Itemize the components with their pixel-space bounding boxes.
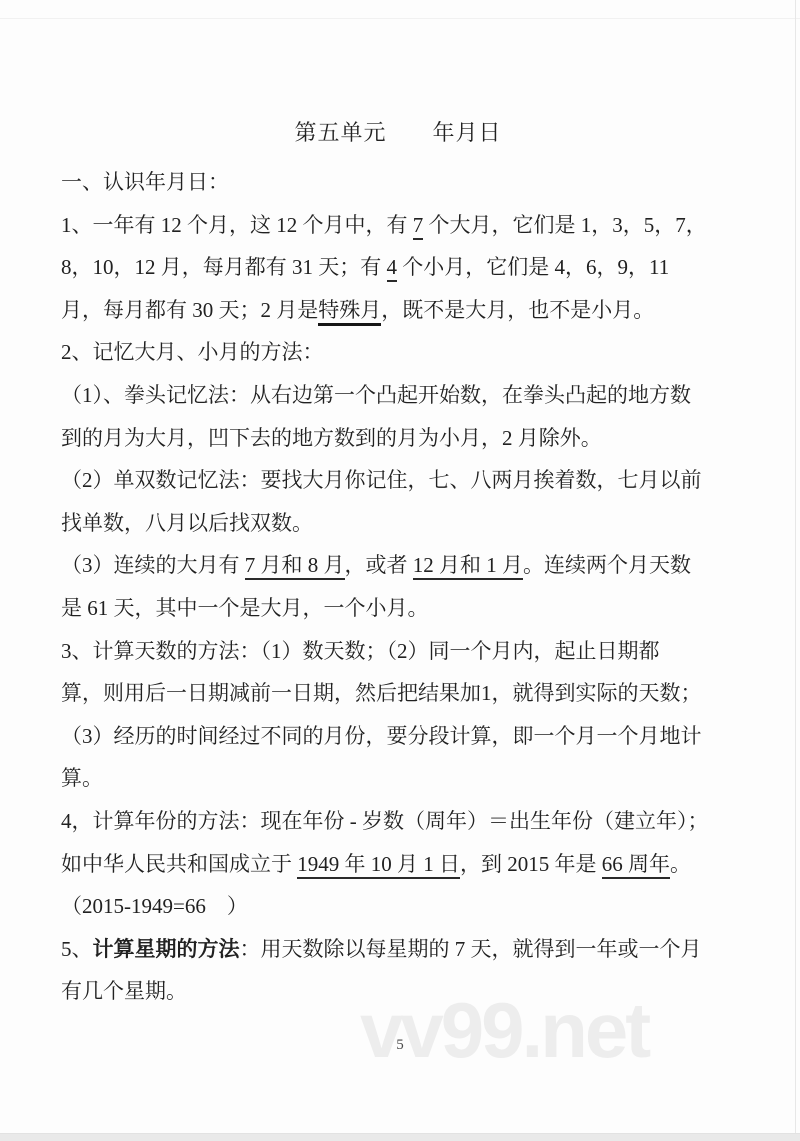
document-page: vv99.net 第五单元 年月日 一、认识年月日：1、一年有 12 个月，这 … <box>0 0 800 1141</box>
text-line: （3）经历的时间经过不同的月份，要分段计算，即一个月一个月地计 <box>61 715 753 758</box>
text-line: 是 61 天，其中一个是大月，一个小月。 <box>61 587 753 630</box>
text-line: 如中华人民共和国成立于 1949 年 10 月 1 日，到 2015 年是 66… <box>61 843 753 886</box>
text-line: 算。 <box>61 757 753 800</box>
page-number: 5 <box>0 1037 800 1054</box>
text-segment: 。连续两个月天数 <box>523 553 691 577</box>
underlined-text: 4 <box>387 255 398 282</box>
text-line: 算，则用后一日期减前一日期，然后把结果加1，就得到实际的天数； <box>61 672 753 715</box>
text-segment: ，或者 <box>345 553 413 577</box>
text-segment: 8，10，12 月，每月都有 31 天；有 <box>61 255 387 279</box>
text-line: （2）单双数记忆法：要找大月你记住，七、八两月挨着数，七月以前 <box>61 459 753 502</box>
text-line: （2015-1949=66 ） <box>61 885 753 928</box>
text-line: 找单数，八月以后找双数。 <box>61 502 753 545</box>
underlined-text: 1949 年 10 月 1 日 <box>297 852 460 879</box>
text-segment: 3、计算天数的方法：（1）数天数；（2）同一个月内，起止日期都 <box>61 639 660 663</box>
text-segment: 个大月，它们是 1，3，5，7， <box>423 213 707 237</box>
document-title: 第五单元 年月日 <box>61 115 753 151</box>
text-line: 8，10，12 月，每月都有 31 天；有 4 个小月，它们是 4，6，9，11 <box>61 246 753 289</box>
text-segment: （3）经历的时间经过不同的月份，要分段计算，即一个月一个月地计 <box>61 724 702 748</box>
text-line: 一、认识年月日： <box>61 161 753 204</box>
text-line: 月，每月都有 30 天；2 月是特殊月，既不是大月，也不是小月。 <box>61 289 753 332</box>
text-line: 2、记忆大月、小月的方法： <box>61 331 753 374</box>
text-segment: （2015-1949=66 ） <box>61 894 248 918</box>
text-line: 5、计算星期的方法：用天数除以每星期的 7 天，就得到一年或一个月 <box>61 928 753 971</box>
text-segment: 一、认识年月日： <box>61 170 229 194</box>
text-segment: 找单数，八月以后找双数。 <box>61 511 313 535</box>
underlined-text: 特殊月 <box>318 298 381 326</box>
text-segment: 到的月为大月，凹下去的地方数到的月为小月，2 月除外。 <box>61 426 602 450</box>
text-segment: ，既不是大月，也不是小月。 <box>381 298 654 322</box>
text-segment: （2）单双数记忆法：要找大月你记住，七、八两月挨着数，七月以前 <box>61 468 702 492</box>
text-segment: 个小月，它们是 4，6，9，11 <box>397 255 669 279</box>
paragraph-list: 一、认识年月日：1、一年有 12 个月，这 12 个月中，有 7 个大月，它们是… <box>61 161 753 1013</box>
text-segment: （3）连续的大月有 <box>61 553 245 577</box>
page-right-edge <box>795 0 796 1141</box>
underlined-text: 66 周年 <box>602 852 670 879</box>
text-line: 3、计算天数的方法：（1）数天数；（2）同一个月内，起止日期都 <box>61 630 753 673</box>
text-segment: 2、记忆大月、小月的方法： <box>61 340 324 364</box>
text-segment: 4，计算年份的方法：现在年份 - 岁数（周年）＝出生年份（建立年）； <box>61 809 709 833</box>
page-bottom-edge <box>0 1133 800 1141</box>
text-line: 有几个星期。 <box>61 970 753 1013</box>
text-line: 到的月为大月，凹下去的地方数到的月为小月，2 月除外。 <box>61 417 753 460</box>
text-segment: 5、 <box>61 937 93 961</box>
text-segment: 。 <box>670 852 691 876</box>
underlined-text: 7 <box>413 213 424 240</box>
text-segment: 有几个星期。 <box>61 979 187 1003</box>
underlined-text: 7 月和 8 月 <box>245 553 345 580</box>
text-segment: ，到 2015 年是 <box>460 852 602 876</box>
text-segment: 是 61 天，其中一个是大月，一个小月。 <box>61 596 429 620</box>
text-line: （3）连续的大月有 7 月和 8 月，或者 12 月和 1 月。连续两个月天数 <box>61 544 753 587</box>
text-segment: 月，每月都有 30 天；2 月是 <box>61 298 318 322</box>
text-line: 4，计算年份的方法：现在年份 - 岁数（周年）＝出生年份（建立年）； <box>61 800 753 843</box>
text-segment: 算。 <box>61 766 103 790</box>
text-line: （1）、拳头记忆法：从右边第一个凸起开始数，在拳头凸起的地方数 <box>61 374 753 417</box>
text-segment: 1、一年有 12 个月，这 12 个月中，有 <box>61 213 413 237</box>
page-top-edge <box>0 18 800 19</box>
underlined-text: 12 月和 1 月 <box>413 553 523 580</box>
text-segment: 算，则用后一日期减前一日期，然后把结果加1，就得到实际的天数； <box>61 681 702 705</box>
text-line: 1、一年有 12 个月，这 12 个月中，有 7 个大月，它们是 1，3，5，7… <box>61 204 753 247</box>
text-segment: ：用天数除以每星期的 7 天，就得到一年或一个月 <box>240 937 702 961</box>
text-segment: 计算星期的方法 <box>93 937 240 961</box>
document-content: 第五单元 年月日 一、认识年月日：1、一年有 12 个月，这 12 个月中，有 … <box>61 115 753 1013</box>
text-segment: 如中华人民共和国成立于 <box>61 852 297 876</box>
text-segment: （1）、拳头记忆法：从右边第一个凸起开始数，在拳头凸起的地方数 <box>61 383 691 407</box>
